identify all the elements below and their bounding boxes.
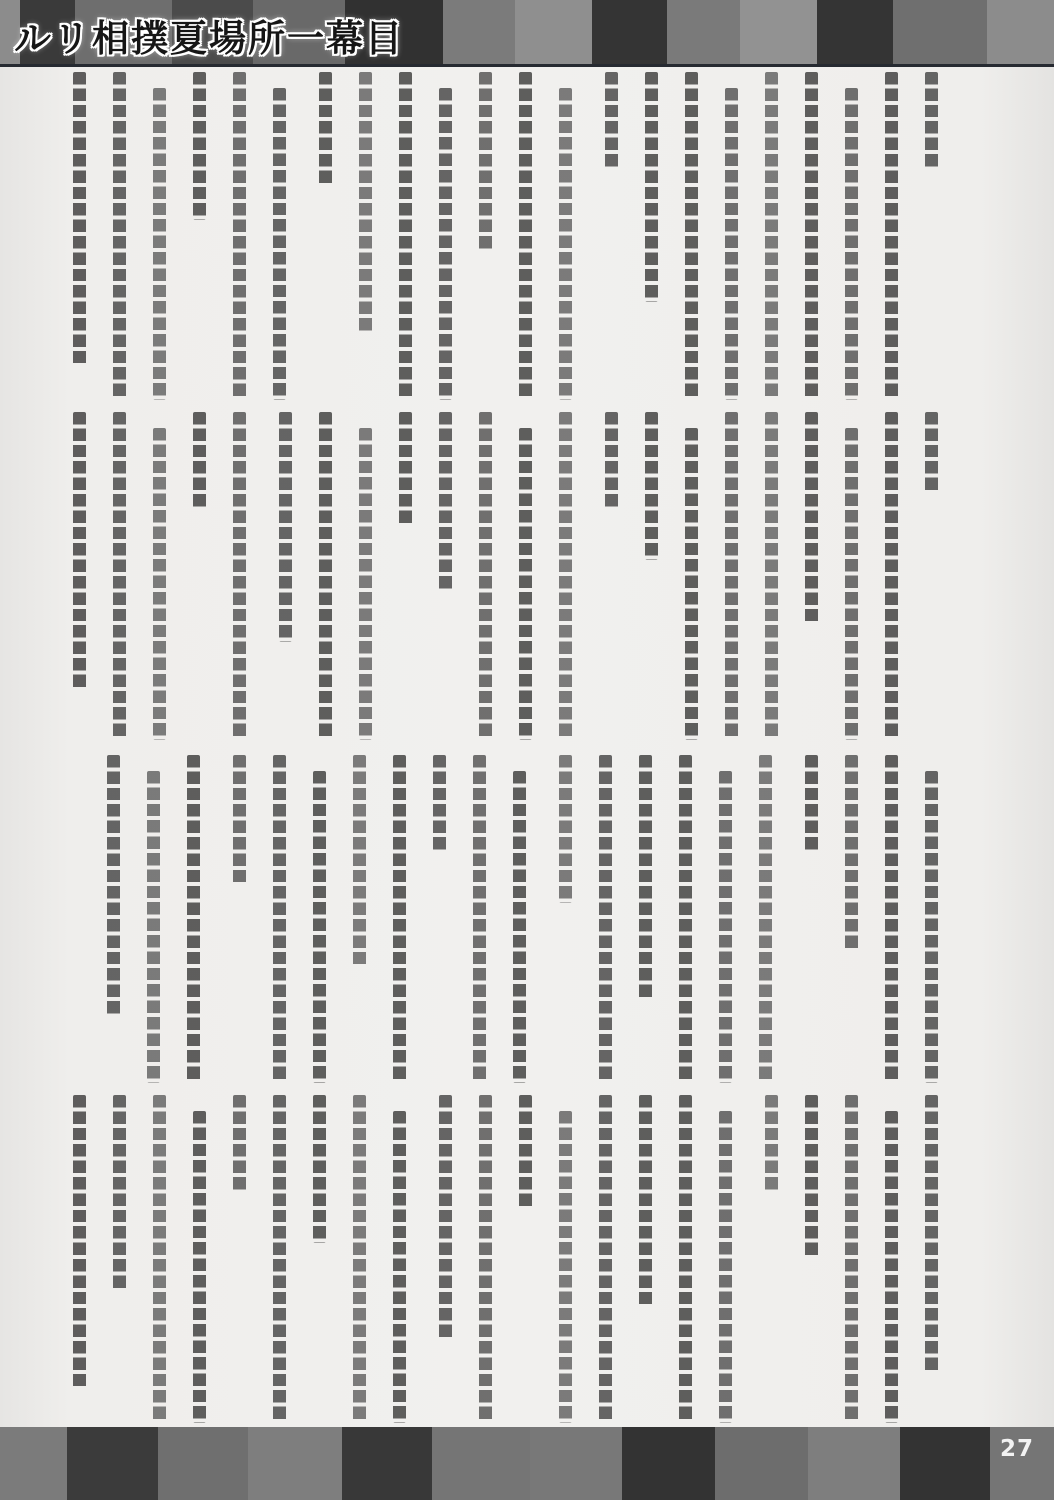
text-column-redacted <box>639 755 652 1001</box>
text-column-redacted <box>845 755 858 952</box>
text-column-redacted <box>685 72 698 400</box>
text-column-redacted <box>73 412 86 691</box>
text-column-redacted <box>765 412 778 740</box>
text-column-redacted <box>845 428 858 740</box>
page-title: ルリ相撲夏場所一幕目 <box>14 8 404 62</box>
text-column-redacted <box>233 1095 246 1193</box>
text-column-redacted <box>805 755 818 853</box>
text-column-redacted <box>885 755 898 1083</box>
border-stripe <box>622 1427 715 1500</box>
text-column-redacted <box>599 755 612 1083</box>
border-stripe <box>443 0 515 64</box>
text-column-redacted <box>187 755 200 1083</box>
text-column-redacted <box>925 1095 938 1374</box>
text-column-redacted <box>645 412 658 560</box>
text-column-redacted <box>273 1095 286 1423</box>
text-column-redacted <box>193 1111 206 1423</box>
text-column-redacted <box>559 1111 572 1423</box>
text-column-redacted <box>519 428 532 740</box>
text-column-redacted <box>233 412 246 740</box>
text-column-redacted <box>805 72 818 400</box>
text-column-redacted <box>359 428 372 740</box>
text-column-redacted <box>479 1095 492 1423</box>
text-column-redacted <box>725 88 738 400</box>
text-column-redacted <box>559 88 572 400</box>
text-column-redacted <box>113 72 126 400</box>
text-column-redacted <box>153 88 166 400</box>
text-column-redacted <box>639 1095 652 1308</box>
border-stripe <box>342 1427 432 1500</box>
text-column-redacted <box>685 428 698 740</box>
text-column-redacted <box>233 72 246 400</box>
text-column-redacted <box>107 755 120 1017</box>
text-column-redacted <box>759 755 772 1083</box>
text-column-redacted <box>925 412 938 494</box>
page-content <box>0 67 1054 1427</box>
text-column-redacted <box>925 72 938 170</box>
border-stripe <box>740 0 817 64</box>
text-column-redacted <box>319 412 332 740</box>
text-column-redacted <box>885 1111 898 1423</box>
scanned-page: ルリ相撲夏場所一幕目 27 <box>0 0 1054 1500</box>
text-column-redacted <box>193 72 206 220</box>
page-number: 27 <box>1000 1436 1034 1462</box>
text-column-redacted <box>113 412 126 740</box>
text-column-redacted <box>193 412 206 510</box>
text-column-redacted <box>73 72 86 367</box>
text-column-redacted <box>233 755 246 886</box>
text-column-redacted <box>393 755 406 1083</box>
text-column-redacted <box>147 771 160 1083</box>
text-column-redacted <box>559 412 572 740</box>
text-column-redacted <box>605 72 618 170</box>
text-column-redacted <box>279 412 292 642</box>
text-band-4 <box>46 1095 938 1425</box>
text-column-redacted <box>519 1095 532 1210</box>
text-column-redacted <box>153 428 166 740</box>
text-column-redacted <box>519 72 532 400</box>
text-column-redacted <box>273 755 286 1083</box>
border-stripe <box>808 1427 900 1500</box>
text-column-redacted <box>473 755 486 1083</box>
text-column-redacted <box>885 72 898 400</box>
text-column-redacted <box>845 1095 858 1423</box>
text-column-redacted <box>679 755 692 1083</box>
text-column-redacted <box>605 412 618 510</box>
text-column-redacted <box>353 1095 366 1423</box>
text-column-redacted <box>805 1095 818 1259</box>
border-stripe <box>592 0 667 64</box>
border-stripe <box>900 1427 990 1500</box>
text-band-1 <box>46 72 938 402</box>
bottom-stripe-border: 27 <box>0 1427 1054 1500</box>
text-column-redacted <box>73 1095 86 1390</box>
text-column-redacted <box>113 1095 126 1292</box>
text-column-redacted <box>513 771 526 1083</box>
border-stripe <box>530 1427 622 1500</box>
text-column-redacted <box>393 1111 406 1423</box>
border-stripe <box>0 1427 67 1500</box>
text-column-redacted <box>845 88 858 400</box>
text-column-redacted <box>559 755 572 903</box>
text-column-redacted <box>719 771 732 1083</box>
text-column-redacted <box>765 1095 778 1193</box>
border-stripe <box>158 1427 248 1500</box>
text-column-redacted <box>599 1095 612 1423</box>
text-column-redacted <box>313 771 326 1083</box>
border-stripe <box>715 1427 808 1500</box>
border-stripe <box>248 1427 342 1500</box>
text-column-redacted <box>399 412 412 527</box>
text-column-redacted <box>479 72 492 252</box>
text-band-2 <box>46 412 938 742</box>
border-stripe <box>515 0 592 64</box>
text-column-redacted <box>319 72 332 187</box>
text-column-redacted <box>805 412 818 625</box>
text-column-redacted <box>399 72 412 400</box>
text-column-redacted <box>359 72 372 334</box>
border-stripe <box>817 0 893 64</box>
text-column-redacted <box>313 1095 326 1243</box>
text-column-redacted <box>153 1095 166 1423</box>
text-column-redacted <box>439 412 452 592</box>
text-column-redacted <box>719 1111 732 1423</box>
text-column-redacted <box>479 412 492 740</box>
text-column-redacted <box>679 1095 692 1423</box>
text-column-redacted <box>725 412 738 740</box>
border-stripe <box>667 0 740 64</box>
border-stripe <box>987 0 1054 64</box>
text-column-redacted <box>433 755 446 853</box>
text-column-redacted <box>439 1095 452 1341</box>
text-column-redacted <box>885 412 898 740</box>
text-column-redacted <box>645 72 658 302</box>
text-column-redacted <box>765 72 778 400</box>
text-column-redacted <box>439 88 452 400</box>
text-column-redacted <box>925 771 938 1083</box>
text-band-3 <box>46 755 938 1085</box>
border-stripe <box>893 0 987 64</box>
border-stripe <box>432 1427 530 1500</box>
border-stripe <box>67 1427 158 1500</box>
text-column-redacted <box>273 88 286 400</box>
text-column-redacted <box>353 755 366 968</box>
